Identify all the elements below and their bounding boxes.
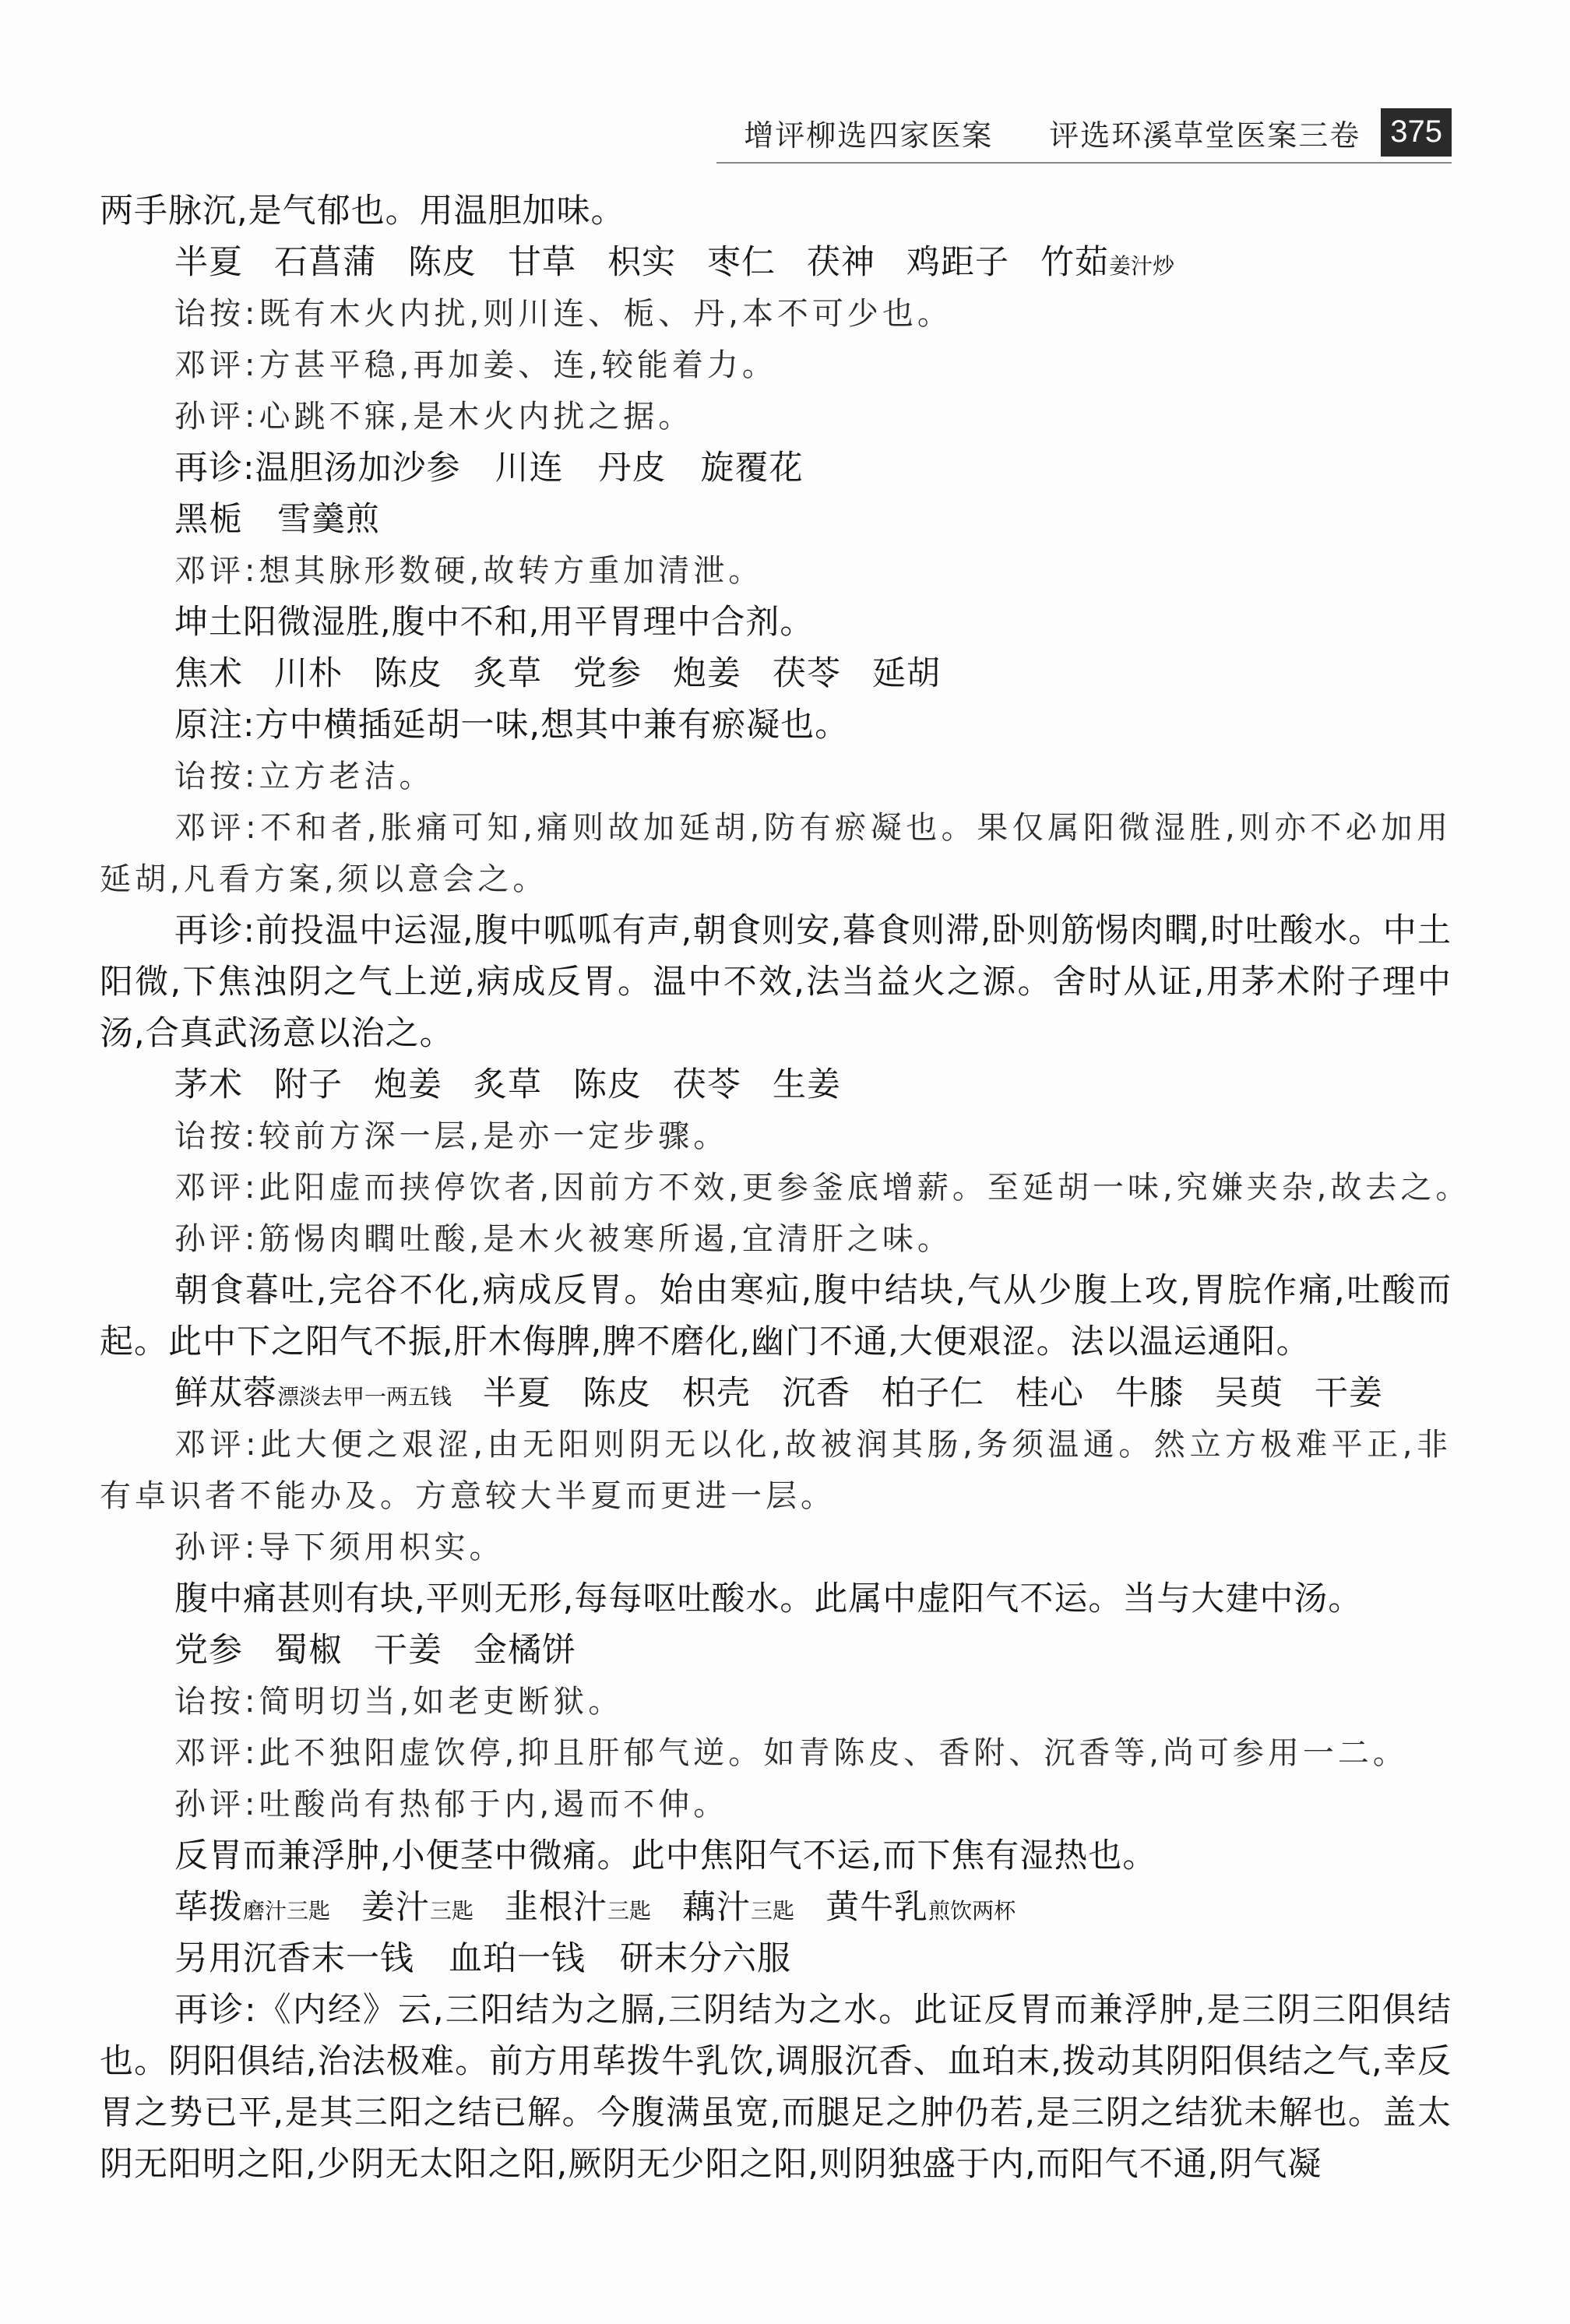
herb-name: 炮姜 — [374, 1065, 442, 1104]
case-text-line: 反胃而兼浮肿,小便茎中微痛。此中焦阳气不运,而下焦有湿热也。 — [100, 1830, 1452, 1882]
commentary-paragraph: 邓评:此大便之艰涩,由无阳则阴无以化,故被润其肠,务须温通。然立方极难平正,非有… — [100, 1419, 1452, 1522]
herb-name: 茯苓 — [773, 654, 841, 693]
herb-note: 姜汁炒 — [1109, 253, 1174, 279]
herb-item: 鸡距子 — [906, 237, 1009, 288]
commentary-line: 诒按:既有木火内扰,则川连、栀、丹,本不可少也。 — [100, 288, 1452, 340]
herb-item: 藕汁三匙 — [682, 1882, 794, 1933]
running-header: 增评柳选四家医案 评选环溪草堂医案三卷 375 — [744, 107, 1452, 157]
herb-item: 茅术 — [174, 1059, 243, 1111]
herb-name: 陈皮 — [583, 1374, 651, 1413]
herb-name: 荜拨 — [174, 1888, 243, 1927]
herb-item: 干姜 — [1315, 1368, 1383, 1419]
herb-name: 鲜苁蓉 — [174, 1374, 277, 1413]
herb-item: 陈皮 — [408, 237, 477, 288]
herb-name: 生姜 — [773, 1065, 841, 1104]
herb-name: 枣仁 — [707, 243, 776, 282]
herb-item: 茯苓 — [773, 648, 841, 699]
herb-name: 干姜 — [374, 1631, 442, 1670]
herb-name: 牛膝 — [1115, 1374, 1184, 1413]
herb-item: 竹茹姜汁炒 — [1040, 237, 1174, 288]
herb-name: 陈皮 — [573, 1065, 642, 1104]
herb-list: 鲜苁蓉漂淡去甲一两五钱半夏陈皮枳壳沉香柏子仁桂心牛膝吴萸干姜 — [100, 1368, 1452, 1419]
herb-item: 炙草 — [473, 648, 542, 699]
herb-note: 三匙 — [751, 1898, 794, 1924]
commentary-line: 孙评:导下须用枳实。 — [100, 1522, 1452, 1573]
page-number: 375 — [1381, 108, 1452, 157]
herb-item: 附子 — [274, 1059, 343, 1111]
herb-item: 姜汁三匙 — [361, 1882, 473, 1933]
herb-note: 三匙 — [607, 1898, 651, 1924]
herb-item: 党参 — [573, 648, 642, 699]
herb-item: 鲜苁蓉漂淡去甲一两五钱 — [174, 1368, 452, 1419]
herb-name: 鸡距子 — [906, 243, 1009, 282]
herb-name: 枳壳 — [682, 1374, 751, 1413]
page-body: 两手脉沉,是气郁也。用温胆加味。半夏石菖蒲陈皮甘草枳实枣仁茯神鸡距子竹茹姜汁炒诒… — [100, 185, 1452, 2190]
herb-name: 党参 — [573, 654, 642, 693]
case-paragraph: 朝食暮吐,完谷不化,病成反胃。始由寒疝,腹中结块,气从少腹上攻,胃脘作痛,吐酸而… — [100, 1265, 1452, 1368]
herb-item: 陈皮 — [374, 648, 442, 699]
commentary-line: 孙评:筋惕肉瞤吐酸,是木火被寒所遏,宜清肝之味。 — [100, 1213, 1452, 1265]
commentary-line: 邓评:想其脉形数硬,故转方重加清泄。 — [100, 545, 1452, 597]
herb-name: 金橘饼 — [473, 1631, 576, 1670]
herb-item: 沉香 — [782, 1368, 850, 1419]
commentary-line: 诒按:简明切当,如老吏断狱。 — [100, 1676, 1452, 1727]
herb-item: 陈皮 — [583, 1368, 651, 1419]
herb-name: 甘草 — [508, 243, 576, 282]
herb-list: 党参蜀椒干姜金橘饼 — [100, 1625, 1452, 1676]
herb-name: 炮姜 — [673, 654, 741, 693]
herb-list: 荜拨磨汁三匙姜汁三匙韭根汁三匙藕汁三匙黄牛乳煎饮两杯 — [100, 1882, 1452, 1933]
commentary-paragraph: 邓评:不和者,胀痛可知,痛则故加延胡,防有瘀凝也。果仅属阳微湿胜,则亦不必加用延… — [100, 802, 1452, 905]
commentary-line: 孙评:吐酸尚有热郁于内,遏而不伸。 — [100, 1779, 1452, 1830]
case-text-line: 另用沉香末一钱 血珀一钱 研末分六服 — [100, 1933, 1452, 1984]
case-text-line: 原注:方中横插延胡一味,想其中兼有瘀凝也。 — [100, 699, 1452, 751]
section-title: 评选环溪草堂医案三卷 — [1049, 111, 1361, 154]
herb-name: 蜀椒 — [274, 1631, 343, 1670]
herb-name: 竹茹 — [1040, 243, 1109, 282]
herb-item: 党参 — [174, 1625, 243, 1676]
herb-item: 石菖蒲 — [274, 237, 377, 288]
herb-name: 吴萸 — [1215, 1374, 1283, 1413]
herb-item: 牛膝 — [1115, 1368, 1184, 1419]
case-paragraph: 再诊:《内经》云,三阳结为之膈,三阴结为之水。此证反胃而兼浮肿,是三阴三阳俱结也… — [100, 1984, 1452, 2190]
commentary-line: 诒按:立方老洁。 — [100, 751, 1452, 802]
commentary-line: 邓评:此不独阳虚饮停,抑且肝郁气逆。如青陈皮、香附、沉香等,尚可参用一二。 — [100, 1727, 1452, 1779]
herb-name: 石菖蒲 — [274, 243, 377, 282]
herb-item: 黄牛乳煎饮两杯 — [825, 1882, 1016, 1933]
herb-name: 茅术 — [174, 1065, 243, 1104]
herb-item: 蜀椒 — [274, 1625, 343, 1676]
case-paragraph: 再诊:前投温中运湿,腹中呱呱有声,朝食则安,暮食则滞,卧则筋惕肉瞤,时吐酸水。中… — [100, 905, 1452, 1059]
commentary-line: 诒按:较前方深一层,是亦一定步骤。 — [100, 1111, 1452, 1162]
herb-name: 姜汁 — [361, 1888, 430, 1927]
herb-item: 干姜 — [374, 1625, 442, 1676]
herb-name: 陈皮 — [374, 654, 442, 693]
herb-name: 藕汁 — [682, 1888, 751, 1927]
herb-list: 茅术附子炮姜炙草陈皮茯苓生姜 — [100, 1059, 1452, 1111]
case-text-line: 再诊:温胆汤加沙参 川连 丹皮 旋覆花 — [100, 442, 1452, 494]
herb-item: 炮姜 — [673, 648, 741, 699]
herb-name: 柏子仁 — [882, 1374, 984, 1413]
herb-item: 茯苓 — [673, 1059, 741, 1111]
commentary-line: 邓评:此阳虚而挟停饮者,因前方不效,更参釜底增薪。至延胡一味,究嫌夹杂,故去之。 — [100, 1162, 1452, 1213]
herb-note: 三匙 — [430, 1898, 473, 1924]
herb-name: 党参 — [174, 1631, 243, 1670]
herb-name: 茯苓 — [673, 1065, 741, 1104]
commentary-line: 邓评:方甚平稳,再加姜、连,较能着力。 — [100, 340, 1452, 391]
herb-name: 黄牛乳 — [825, 1888, 928, 1927]
herb-name: 附子 — [274, 1065, 343, 1104]
herb-name: 桂心 — [1016, 1374, 1084, 1413]
herb-name: 枳实 — [607, 243, 676, 282]
case-text-line: 两手脉沉,是气郁也。用温胆加味。 — [100, 185, 1452, 237]
herb-list: 半夏石菖蒲陈皮甘草枳实枣仁茯神鸡距子竹茹姜汁炒 — [100, 237, 1452, 288]
herb-note: 漂淡去甲一两五钱 — [277, 1384, 452, 1410]
herb-note: 煎饮两杯 — [928, 1898, 1016, 1924]
herb-name: 炙草 — [473, 1065, 542, 1104]
herb-item: 枳壳 — [682, 1368, 751, 1419]
commentary-line: 孙评:心跳不寐,是木火内扰之据。 — [100, 391, 1452, 442]
herb-item: 枳实 — [607, 237, 676, 288]
herb-item: 炮姜 — [374, 1059, 442, 1111]
herb-item: 韭根汁三匙 — [505, 1882, 651, 1933]
herb-item: 枣仁 — [707, 237, 776, 288]
herb-name: 陈皮 — [408, 243, 477, 282]
herb-name: 焦术 — [174, 654, 243, 693]
herb-item: 川朴 — [274, 648, 343, 699]
herb-name: 半夏 — [483, 1374, 551, 1413]
herb-item: 甘草 — [508, 237, 576, 288]
herb-item: 炙草 — [473, 1059, 542, 1111]
header-rule — [716, 162, 1452, 164]
herb-name: 沉香 — [782, 1374, 850, 1413]
herb-name: 干姜 — [1315, 1374, 1383, 1413]
herb-name: 茯神 — [807, 243, 875, 282]
case-text-line: 腹中痛甚则有块,平则无形,每每呕吐酸水。此属中虚阳气不运。当与大建中汤。 — [100, 1573, 1452, 1625]
herb-name: 川朴 — [274, 654, 343, 693]
herb-item: 生姜 — [773, 1059, 841, 1111]
herb-item: 茯神 — [807, 237, 875, 288]
case-text-line: 坤土阳微湿胜,腹中不和,用平胃理中合剂。 — [100, 597, 1452, 648]
book-title: 增评柳选四家医案 — [744, 111, 993, 154]
herb-item: 延胡 — [872, 648, 941, 699]
herb-item: 焦术 — [174, 648, 243, 699]
herb-list: 焦术川朴陈皮炙草党参炮姜茯苓延胡 — [100, 648, 1452, 699]
herb-name: 延胡 — [872, 654, 941, 693]
herb-note: 磨汁三匙 — [243, 1898, 330, 1924]
herb-name: 韭根汁 — [505, 1888, 607, 1927]
herb-item: 吴萸 — [1215, 1368, 1283, 1419]
herb-item: 金橘饼 — [473, 1625, 576, 1676]
herb-name: 炙草 — [473, 654, 542, 693]
herb-item: 陈皮 — [573, 1059, 642, 1111]
herb-item: 半夏 — [483, 1368, 551, 1419]
herb-item: 柏子仁 — [882, 1368, 984, 1419]
herb-item: 荜拨磨汁三匙 — [174, 1882, 330, 1933]
herb-name: 半夏 — [174, 243, 243, 282]
case-text-line: 黑栀 雪羹煎 — [100, 494, 1452, 545]
book-page: 增评柳选四家医案 评选环溪草堂医案三卷 375 两手脉沉,是气郁也。用温胆加味。… — [0, 0, 1570, 2324]
herb-item: 桂心 — [1016, 1368, 1084, 1419]
herb-item: 半夏 — [174, 237, 243, 288]
